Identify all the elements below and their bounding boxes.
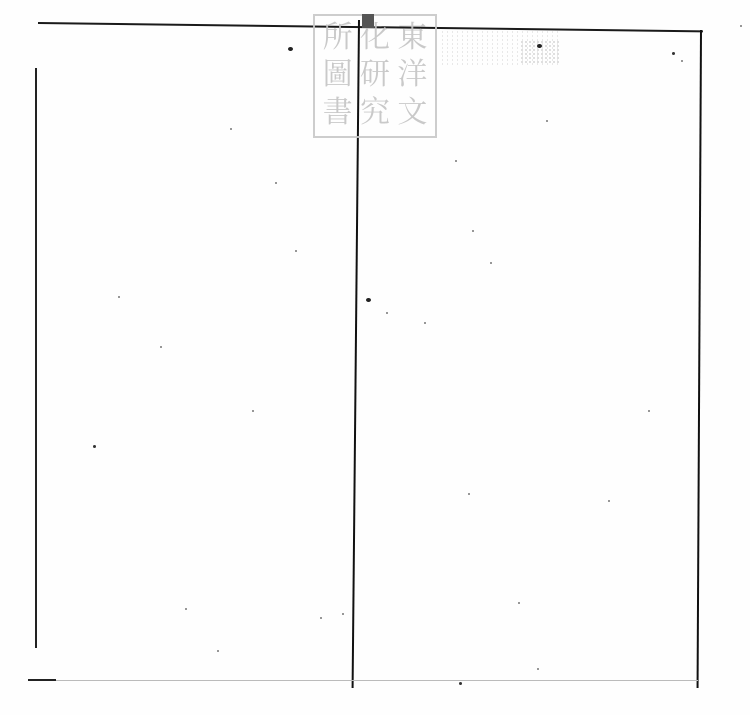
seal-characters: 東 洋 文 化 研 究 所 圖 書 bbox=[319, 20, 431, 132]
ink-speck bbox=[295, 250, 297, 252]
ink-speck bbox=[118, 296, 120, 298]
ink-speck bbox=[459, 682, 462, 685]
ink-speck bbox=[252, 410, 254, 412]
seal-char: 究 bbox=[356, 95, 393, 132]
seal-char: 圖 bbox=[319, 57, 356, 94]
ink-speck bbox=[490, 262, 492, 264]
seal-char: 研 bbox=[356, 57, 393, 94]
ink-speck bbox=[672, 52, 675, 55]
seal-char: 所 bbox=[319, 20, 356, 57]
ink-speck bbox=[386, 312, 388, 314]
ink-speck bbox=[472, 230, 474, 232]
ink-speck bbox=[217, 650, 219, 652]
ink-speck bbox=[740, 25, 742, 27]
seal-char: 東 bbox=[394, 20, 431, 57]
seal-char: 洋 bbox=[394, 57, 431, 94]
seal-char: 文 bbox=[394, 95, 431, 132]
fold-marker bbox=[362, 14, 374, 28]
ink-speck bbox=[160, 346, 162, 348]
ink-speck bbox=[93, 445, 96, 448]
ink-speck bbox=[518, 602, 520, 604]
ink-speck bbox=[537, 44, 542, 48]
ink-speck bbox=[648, 410, 650, 412]
bottom-border-rule bbox=[28, 680, 698, 681]
ink-speck bbox=[185, 608, 187, 610]
ink-speck bbox=[608, 500, 610, 502]
right-border-rule bbox=[697, 30, 702, 688]
library-seal: 東 洋 文 化 研 究 所 圖 書 bbox=[313, 14, 437, 138]
ink-speck bbox=[342, 613, 344, 615]
ink-speck bbox=[366, 298, 371, 302]
ink-speck bbox=[424, 322, 426, 324]
ink-speck bbox=[537, 668, 539, 670]
bottom-left-ink-mark bbox=[28, 679, 56, 681]
ink-speck bbox=[546, 120, 548, 122]
ink-speck bbox=[468, 493, 470, 495]
ink-speck bbox=[288, 47, 293, 51]
seal-char: 書 bbox=[319, 95, 356, 132]
scanned-page: 東 洋 文 化 研 究 所 圖 書 bbox=[0, 0, 750, 715]
ink-speck bbox=[230, 128, 232, 130]
ink-speck bbox=[275, 182, 277, 184]
ink-speck bbox=[320, 617, 322, 619]
ink-speck bbox=[681, 60, 683, 62]
left-border-rule bbox=[35, 68, 37, 648]
ink-speck bbox=[455, 160, 457, 162]
